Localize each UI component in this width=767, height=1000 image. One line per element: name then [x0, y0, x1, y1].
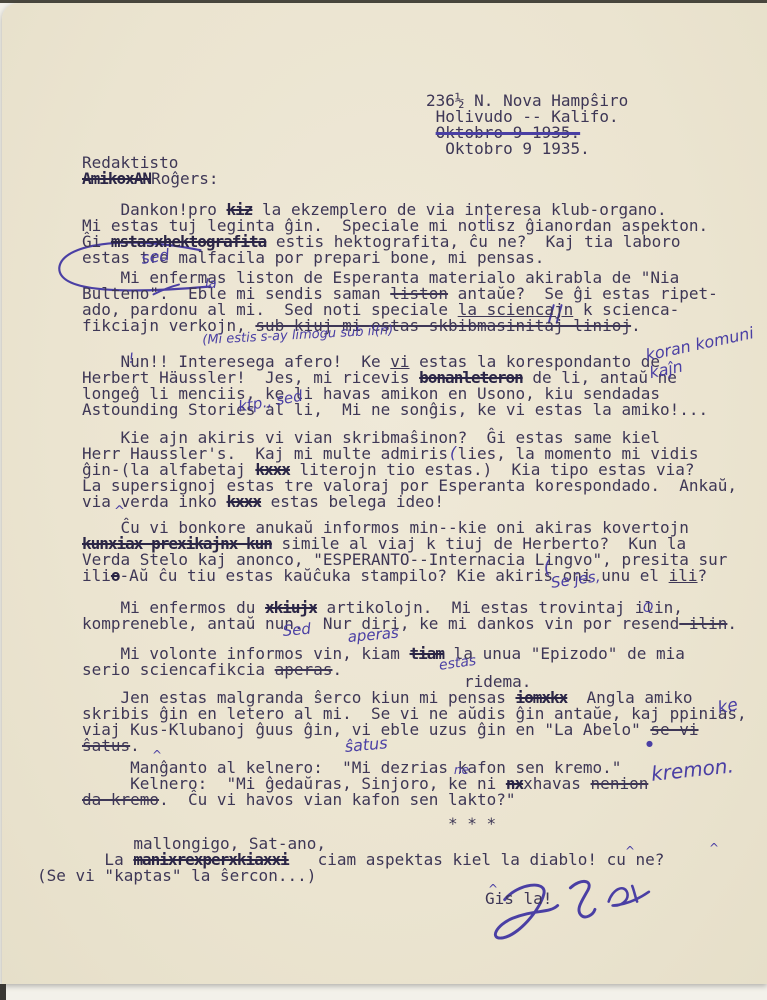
typed-text-st: ilin — [679, 614, 727, 633]
paragraph-6-line: kompreneble, antaŭ nun. Nur diri, ke mi … — [82, 616, 737, 632]
paragraph-7-line: serio sciencafikcia aperas. — [82, 662, 685, 678]
signature-stroke-3 — [609, 888, 649, 905]
paragraph-3-line: Astounding Stories al li, Mi ne sonĝis, … — [82, 402, 708, 418]
header-address-line: Oktobro 9 1935. — [426, 141, 628, 157]
paragraph-2: Mi enfermas liston de Esperanta material… — [82, 270, 718, 334]
closing-block: mallongigo, Sat-ano, La manixrexperxkiax… — [37, 836, 664, 884]
typed-text: serio sciencafikcia — [82, 660, 275, 679]
typed-text: ? — [698, 566, 708, 585]
hw-satus: ŝatus — [344, 734, 388, 756]
hw-caret-cune: ^ — [709, 842, 719, 856]
hw-caret-gis: ^ — [488, 883, 498, 897]
paragraph-2-line: fikciajn verkojn, sub kiuj mi estas skbi… — [82, 318, 718, 334]
salutation: RedaktistoAmikoxANRoĝers: — [82, 155, 219, 187]
typed-text: via verda inko — [82, 492, 227, 511]
typed-text: . — [727, 614, 737, 633]
paragraph-4: Kie ajn akiris vi vian skribmaŝinon? Ĝi … — [82, 430, 737, 510]
typed-text-st: se vi — [650, 720, 698, 739]
typed-text-st: nenion — [591, 774, 649, 793]
hw-caret-ciam: ^ — [625, 845, 635, 859]
typed-text: * * * — [448, 814, 496, 833]
hw-sed-insert: sed — [140, 246, 171, 268]
signature-stroke-4 — [632, 886, 637, 902]
paragraph-1: Dankon!pro kiz la ekzemplero de via inte… — [82, 202, 708, 266]
paragraph-5: Ĉu vi bonkore anukaŭ informos min--kie o… — [82, 520, 727, 584]
hw-o-correction: O — [643, 602, 653, 617]
typed-text: . — [130, 736, 140, 755]
paragraph-6: Mi enfermos du xkiujx artikolojn. Mi est… — [82, 600, 737, 632]
paragraph-7: Mi volonte informos vin, kiam tiam la un… — [82, 646, 685, 678]
hw-caret-manganto: ^ — [152, 749, 162, 763]
closing-block-line: (Se vi "kaptas" la ŝercon...) — [37, 868, 664, 884]
hw-la-insert: la — [205, 278, 217, 293]
letter-paper-sheet: 236½ N. Nova Hampŝiro Holivudo -- Kalifo… — [2, 3, 767, 984]
salutation-line: AmikoxANRoĝers: — [82, 171, 219, 187]
typed-text: . — [332, 660, 342, 679]
typed-text-xx: o — [111, 566, 120, 585]
signature-stroke-2 — [570, 881, 595, 916]
hw-aperas: aperas — [347, 625, 399, 647]
asterisk-divider-line: * * * — [448, 816, 496, 832]
asterisk-divider: * * * — [448, 816, 496, 832]
typed-text: Roĝers: — [151, 169, 218, 188]
typed-text-st: da kremo — [82, 790, 159, 809]
paragraph-3: Nun!! Interesega afero! Ke vi estas la k… — [82, 354, 708, 418]
typed-text: ciam aspektas kiel la diablo! cu ne? — [289, 850, 665, 869]
scanned-letter-page: { "colors":{"paper":"#ece5d2","typed_ink… — [0, 0, 767, 1000]
hw-sed-2: Sed — [282, 621, 312, 641]
typed-text: Oktobro 9 1935. — [426, 139, 590, 158]
typed-text-st: ŝatus — [82, 736, 130, 755]
typed-text: . Ĉu vi havos vian kafon sen lakto?" — [159, 790, 515, 809]
typed-text: (Se vi "kaptas" la ŝercon...) — [37, 866, 316, 885]
typed-text: . — [631, 316, 641, 335]
typed-text-u: ili — [669, 566, 698, 585]
hw-insert-bar: | — [485, 213, 490, 230]
typed-text-xx: AmikoxAN — [82, 169, 151, 188]
hw-ink-dot: ● — [646, 739, 653, 748]
typed-text: Astounding Stories al li, Mi ne sonĝis, … — [82, 400, 708, 419]
paragraph-4-line: via verda inko kxxx estas belega ideo! — [82, 494, 737, 510]
hw-paren-mark-p4: ( — [450, 444, 456, 462]
joke-block: Manĝanto al kelnero: "Mi dezrias kafon s… — [82, 760, 648, 808]
hw-ke: ke — [716, 696, 740, 719]
paragraph-8-line: viaj Kus-Klubanoj ĝuus ĝin, vi eble uzus… — [82, 722, 747, 738]
typed-text: la unua "Epizodo" de mia — [444, 644, 685, 663]
header-address: 236½ N. Nova Hampŝiro Holivudo -- Kalifo… — [426, 93, 628, 157]
typed-text-xx: kxxx — [227, 492, 262, 511]
joke-block-line: da kremo. Ĉu vi havos vian kafon sen lak… — [82, 792, 648, 808]
typed-text: ili — [82, 566, 111, 585]
scan-edge-artifact — [0, 984, 6, 1000]
hw-caret-cu: ^ — [114, 505, 125, 520]
typed-text: xhavas — [523, 774, 590, 793]
hw-kremon: kremon. — [650, 754, 735, 786]
hw-ne-insert: ne — [454, 764, 469, 778]
typed-text: estas belega ideo! — [261, 492, 444, 511]
typed-text-st: aperas — [275, 660, 333, 679]
paragraph-1-line: estas tre malfacila por prepari bone, mi… — [82, 250, 708, 266]
paragraph-5-line: ilio-Aŭ ĉu tiu estas kaŭĉuka stampilo? K… — [82, 568, 727, 584]
